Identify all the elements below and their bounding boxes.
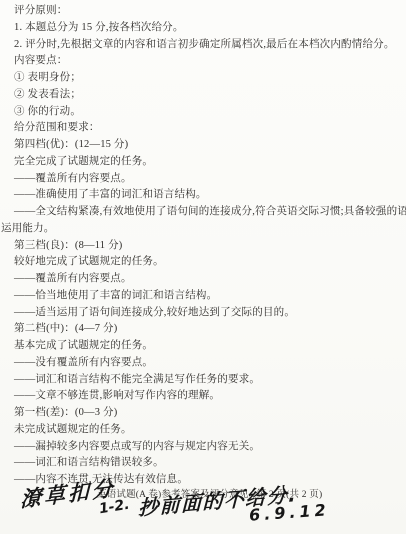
document-line: ——覆盖所有内容要点。	[0, 271, 406, 288]
document-line: ——全文结构紧凑,有效地使用了语句间的连接成分,符合英语交际习惯;具备较强的语言	[0, 204, 406, 221]
document-line: ——准确使用了丰富的词汇和语言结构。	[0, 187, 406, 204]
document-line: ——漏掉较多内容要点或写的内容与规定内容无关。	[0, 439, 406, 456]
document-line: ——词汇和语言结构错误较多。	[0, 455, 406, 472]
document-line: ——没有覆盖所有内容要点。	[0, 355, 406, 372]
document-line: ——恰当地使用了丰富的词汇和语言结构。	[0, 288, 406, 305]
document-line: 完全完成了试题规定的任务。	[0, 154, 406, 171]
document-line: ② 发表看法；	[0, 87, 406, 104]
document-line: ——覆盖所有内容要点。	[0, 171, 406, 188]
document-line: ——文章不够连贯,影响对写作内容的理解。	[0, 388, 406, 405]
document-line: 给分范围和要求：	[0, 120, 406, 137]
document-line: ③ 你的行动。	[0, 104, 406, 121]
document-line: 1. 本题总分为 15 分,按各档次给分。	[0, 20, 406, 37]
document-line: 内容要点：	[0, 53, 406, 70]
document-line: 第二档(中)：(4—7 分)	[0, 321, 406, 338]
document-line: 第一档(差)：(0—3 分)	[0, 405, 406, 422]
scoring-rubric-text: 评分原则： 1. 本题总分为 15 分,按各档次给分。 2. 评分时,先根据文章…	[0, 3, 406, 489]
document-line: 较好地完成了试题规定的任务。	[0, 254, 406, 271]
document-line: 2. 评分时,先根据文章的内容和语言初步确定所属档次,最后在本档次内酌情给分。	[0, 37, 406, 54]
document-line: 运用能力。	[0, 221, 406, 238]
document-line: 第三档(良)：(8—11 分)	[0, 238, 406, 255]
handwritten-note-point-range: 1-2.	[98, 497, 131, 518]
document-line: 未完成试题规定的任务。	[0, 422, 406, 439]
document-line: ——词汇和语言结构不能完全满足写作任务的要求。	[0, 372, 406, 389]
document-line: 基本完成了试题规定的任务。	[0, 338, 406, 355]
scanned-page-background: 评分原则： 1. 本题总分为 15 分,按各档次给分。 2. 评分时,先根据文章…	[0, 0, 406, 534]
document-line: ① 表明身份；	[0, 70, 406, 87]
document-line: ——适当运用了语句间连接成分,较好地达到了交际的目的。	[0, 305, 406, 322]
document-line: 第四档(优)：(12—15 分)	[0, 137, 406, 154]
document-line: 评分原则：	[0, 3, 406, 20]
